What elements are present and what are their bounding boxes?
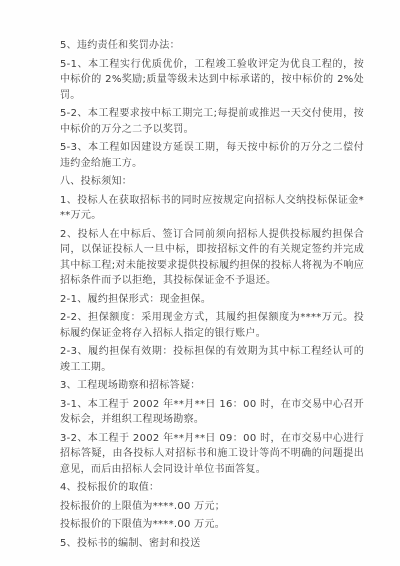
clause-3-site-survey: 3、工程现场勘察和招标答疑： — [60, 378, 364, 394]
clause-1-bid-deposit: 1、投标人在获取招标书的同时应按规定向招标人交纳投标保证金***万元。 — [60, 193, 364, 224]
bid-price-lower-limit: 投标报价的下限值为****.00 万元。 — [60, 517, 364, 533]
clause-5-2: 5-2、本工程要求按中标工期完工;每提前或推迟一天交付使用，按中标价的万分之二予… — [60, 106, 364, 137]
clause-2-1-guarantee-form: 2-1、履约担保形式：现金担保。 — [60, 292, 364, 308]
document-page: 5、违约责任和奖罚办法： 5-1、本工程实行优质优价，工程竣工验收评定为优良工程… — [0, 0, 400, 566]
clause-5-3: 5-3、本工程如因建设方延误工期，每天按中标价的万分之二偿付违约金给施工方。 — [60, 140, 364, 171]
clause-3-2-bid-qa: 3-2、本工程于 2002 年**月**日 09：00 时，在市交易中心进行招标… — [60, 431, 364, 478]
clause-4-bid-price-range: 4、投标报价的取值： — [60, 480, 364, 496]
section-heading-penalty: 5、违约责任和奖罚办法： — [60, 38, 364, 54]
clause-2-performance-guarantee: 2、投标人在中标后、签订合同前须向招标人提供投标履约担保合同，以保证投标人一旦中… — [60, 227, 364, 289]
clause-5-1: 5-1、本工程实行优质优价，工程竣工验收评定为优良工程的，按中标价的 2%奖励;… — [60, 57, 364, 104]
document-body: 5、违约责任和奖罚办法： 5-1、本工程实行优质优价，工程竣工验收评定为优良工程… — [60, 38, 364, 551]
bid-price-upper-limit: 投标报价的上限值为****.00 万元； — [60, 499, 364, 515]
clause-2-3-guarantee-validity: 2-3、履约担保有效期：投标担保的有效期为其中标工程经认可的竣工工期。 — [60, 344, 364, 375]
clause-3-1-bid-issue-meeting: 3-1、本工程于 2002 年**月**日 16：00 时，在市交易中心召开发标… — [60, 397, 364, 428]
clause-2-2-guarantee-amount: 2-2、担保额度：采用现金方式，其履约担保额度为****万元。投标履约保证金将存… — [60, 310, 364, 341]
section-heading-bid-notice: 八、投标须知： — [60, 174, 364, 190]
section-heading-bid-preparation: 5、投标书的编制、密封和投送 — [60, 536, 364, 552]
